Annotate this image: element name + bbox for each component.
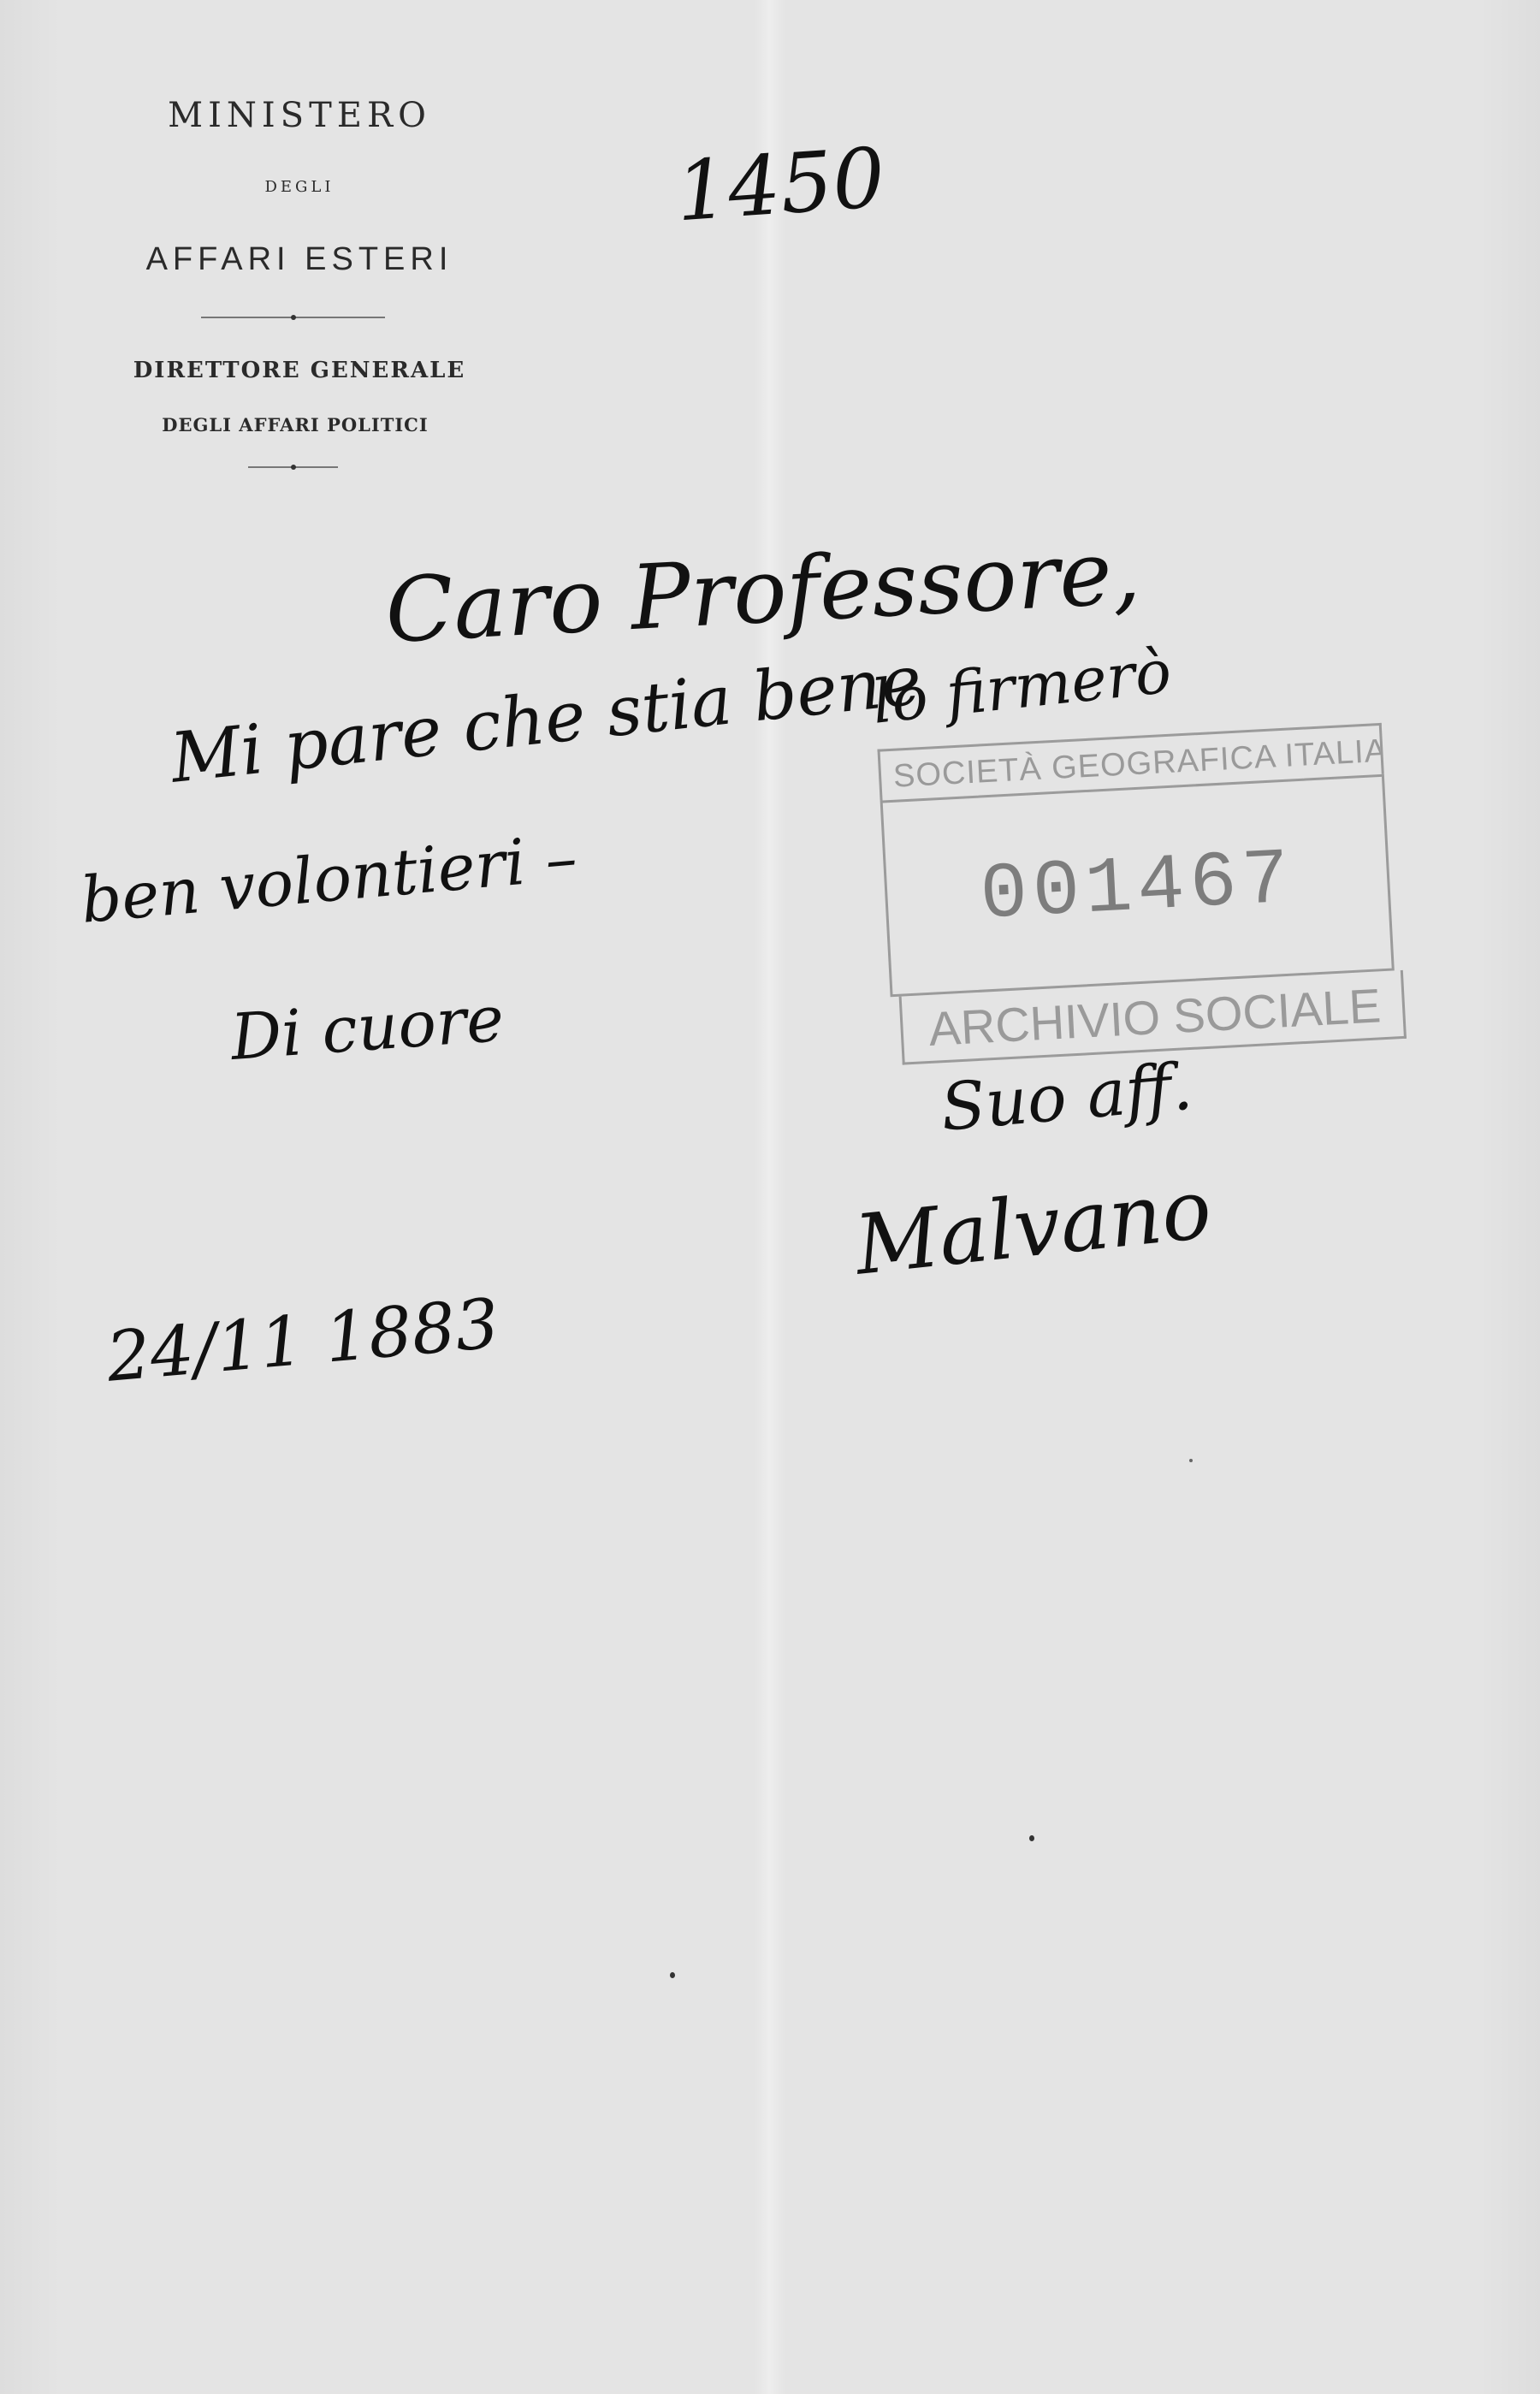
letterhead-divider xyxy=(201,317,385,318)
letterhead-ministero: MINISTERO xyxy=(128,96,471,135)
stamp-number: 001467 xyxy=(880,774,1395,998)
paper-speck xyxy=(670,1972,675,1978)
letterhead-affari-esteri: AFFARI ESTERI xyxy=(94,241,505,278)
letterhead-degli: DEGLI xyxy=(128,178,471,196)
letterhead-divider-small xyxy=(248,466,338,468)
archive-stamp: SOCIETÀ GEOGRAFICA ITALIANA 001467 ARCHI… xyxy=(877,723,1398,1074)
reference-number: 1450 xyxy=(672,130,888,240)
letterhead-affari-politici: DEGLI AFFARI POLITICI xyxy=(120,414,471,436)
paper-speck xyxy=(1189,1459,1193,1462)
letterhead-direttore-generale: DIRETTORE GENERALE xyxy=(94,358,505,383)
paper-speck xyxy=(1029,1835,1034,1841)
